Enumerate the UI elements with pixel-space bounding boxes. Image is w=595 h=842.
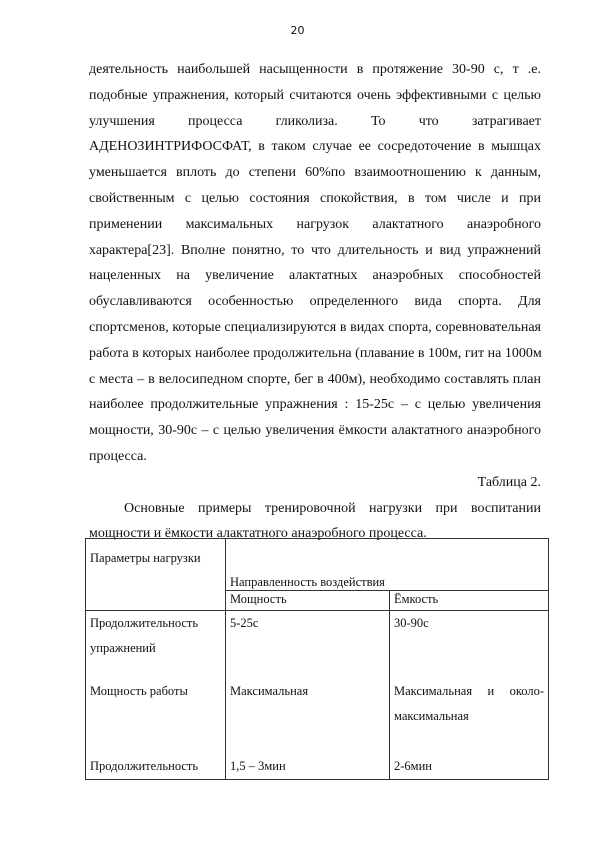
paragraph-line: наиболее продолжительные упражнения : 15… [89, 392, 541, 418]
table-row: Продолжительность упражнений 5-25с 30-90… [86, 611, 549, 680]
row-param: Мощность работы [90, 679, 221, 704]
row-power: Максимальная [226, 679, 390, 745]
body-text: деятельность наибольшей насыщенности в п… [89, 57, 541, 547]
row-param: Продолжительность [90, 611, 221, 636]
row-power: 1,5 – 3мин [226, 745, 390, 780]
paragraph-line: подобные упражнения, который считаются о… [89, 83, 541, 109]
paragraph-line: свойственным с целью состояния спокойств… [89, 186, 541, 212]
row-capacity: 30-90с [390, 611, 549, 680]
paragraph-line: нацеленных на увеличение алактатных анаэ… [89, 263, 541, 289]
row-capacity-value: 2-6мин [394, 754, 544, 779]
row-capacity-value: 30-90с [394, 611, 544, 636]
row-capacity: 2-6мин [390, 745, 549, 780]
paragraph-line: мощности, 30-90с – с целью увеличения ём… [89, 418, 541, 444]
paragraph-line: деятельность наибольшей насыщенности в п… [89, 57, 541, 83]
row-power-value: 5-25с [230, 611, 385, 636]
page-number: 20 [0, 24, 595, 37]
row-capacity: Максимальная и около- максимальная [390, 679, 549, 745]
row-param-cell: Продолжительность упражнений [86, 611, 226, 680]
paragraph-line: характера[23]. Вполне понятно, то что дл… [89, 238, 541, 264]
paragraph-line: обуславливаются особенностью определенно… [89, 289, 541, 315]
paragraph-line: применении максимальных нагрузок алактат… [89, 212, 541, 238]
row-param-cell: Мощность работы [86, 679, 226, 745]
table-row: Мощность работы Максимальная Максимальна… [86, 679, 549, 745]
subheader-power: Мощность [226, 590, 390, 610]
table-label: Таблица 2. [89, 470, 541, 496]
table-caption-line: Основные примеры тренировочной нагрузки … [89, 496, 541, 522]
paragraph-line: АДЕНОЗИНТРИФОСФАТ, в таком случае ее сос… [89, 134, 541, 160]
row-power: 5-25с [226, 611, 390, 680]
row-param: упражнений [90, 636, 221, 661]
paragraph-line: работа в которых наиболее продолжительна… [89, 341, 541, 367]
paragraph-line: уменьшается вплоть до степени 60%по взаи… [89, 160, 541, 186]
row-param: Продолжительность [90, 754, 221, 779]
header-params: Параметры нагрузки [86, 539, 226, 611]
table-row: Продолжительность 1,5 – 3мин 2-6мин [86, 745, 549, 780]
row-capacity-value: максимальная [394, 704, 544, 729]
row-param-cell: Продолжительность [86, 745, 226, 780]
paragraph-line: спортсменов, которые специализируются в … [89, 315, 541, 341]
row-power-value: 1,5 – 3мин [230, 754, 385, 779]
subheader-capacity: Ёмкость [390, 590, 549, 610]
training-load-table: Параметры нагрузки Направленность воздей… [85, 538, 549, 780]
paragraph-line: улучшения процесса гликолиза. То что зат… [89, 109, 541, 135]
row-power-value: Максимальная [230, 679, 385, 704]
paragraph-line: с места – в велосипедном спорте, бег в 4… [89, 367, 541, 393]
header-direction: Направленность воздействия [226, 539, 549, 591]
row-capacity-value: Максимальная и около- [394, 679, 544, 704]
paragraph-line: процесса. [89, 444, 541, 470]
